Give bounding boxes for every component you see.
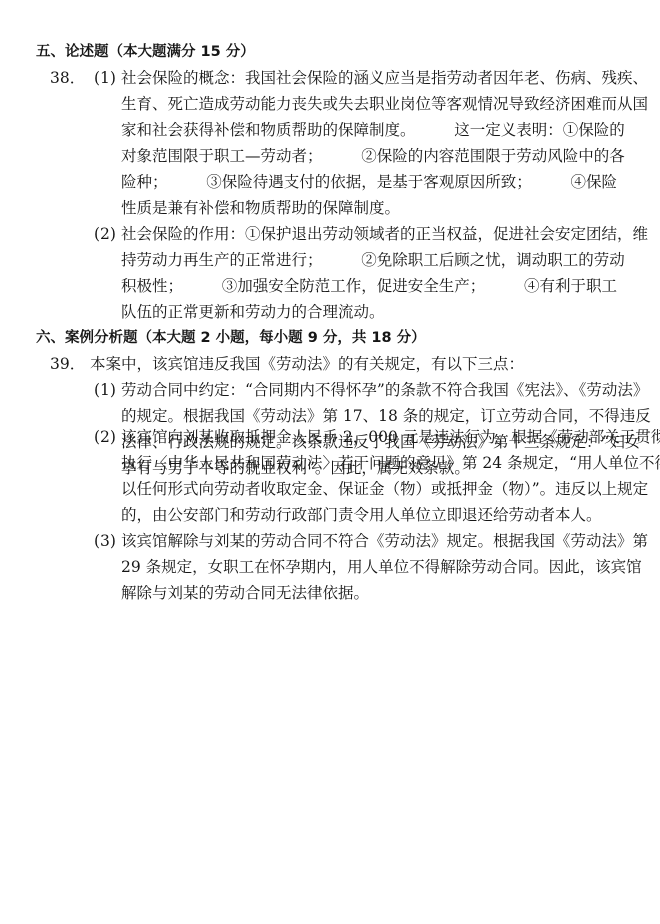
paragraph-line: 险种； ③保险待遇支付的依据，是基于客观原因所致； ④保险 <box>121 172 617 192</box>
paragraph-line: 劳动合同中约定：“合同期内不得怀孕”的条款不符合我国《宪法》、《劳动法》 <box>121 380 617 400</box>
paragraph-line: 对象范围限于职工—劳动者； ②保险的内容范围限于劳动风险中的各 <box>121 146 617 166</box>
paragraph-line: 社会保险的概念：我国社会保险的涵义应当是指劳动者因年老、伤病、残疾、 <box>121 68 617 88</box>
question-number-39: 39． <box>50 354 85 374</box>
paragraph-line: 以任何形式向劳动者收取定金、保证金（物）或抵押金（物）”。违反以上规定 <box>121 479 617 499</box>
paragraph-line: 该宾馆向刘某收取抵押金人民币 2，000 元是违法行为。根据《劳动部关于贯彻 <box>121 427 617 447</box>
section-heading-case-analysis: 六、案例分析题（本大题 2 小题，每小题 9 分，共 18 分） <box>36 328 426 348</box>
paragraph-line: 的，由公安部门和劳动行政部门责令用人单位立即退还给劳动者本人。 <box>121 505 617 525</box>
paragraph-line: 性质是兼有补偿和物质帮助的保障制度。 <box>121 198 617 218</box>
section-heading-essay: 五、论述题（本大题满分 15 分） <box>36 42 255 62</box>
paragraph-line: 积极性； ③加强安全防范工作，促进安全生产； ④有利于职工 <box>121 276 617 296</box>
paragraph-line: 家和社会获得补偿和物质帮助的保障制度。 这一定义表明：①保险的 <box>121 120 617 140</box>
item-label: (2) <box>94 427 116 447</box>
paragraph-line: 生育、死亡造成劳动能力丧失或失去职业岗位等客观情况导致经济困难而从国 <box>121 94 617 114</box>
item-label: (2) <box>94 224 116 244</box>
item-label: (1) <box>94 68 116 88</box>
paragraph-line: 解除与刘某的劳动合同无法律依据。 <box>121 583 617 603</box>
question-intro: 本案中，该宾馆违反我国《劳动法》的有关规定，有以下三点： <box>90 354 524 374</box>
paragraph-line: 该宾馆解除与刘某的劳动合同不符合《劳动法》规定。根据我国《劳动法》第 <box>121 531 617 551</box>
item-label: (1) <box>94 380 116 400</box>
document-page: 五、论述题（本大题满分 15 分） 38． (1) 社会保险的概念：我国社会保险… <box>0 0 660 924</box>
paragraph-line: 持劳动力再生产的正常进行； ②免除职工后顾之忧，调动职工的劳动 <box>121 250 617 270</box>
paragraph-line: 29 条规定，女职工在怀孕期内，用人单位不得解除劳动合同。因此，该宾馆 <box>121 557 617 577</box>
paragraph-line: 的规定。根据我国《劳动法》第 17、18 条的规定，订立劳动合同，不得违反 <box>121 406 617 426</box>
paragraph-line: 执行〈中华人民共和国劳动法〉若干问题的意见》第 24 条规定，“用人单位不得 <box>121 453 617 473</box>
question-number-38: 38． <box>50 68 85 88</box>
paragraph-line: 社会保险的作用：①保护退出劳动领域者的正当权益，促进社会安定团结，维 <box>121 224 617 244</box>
paragraph-line: 队伍的正常更新和劳动力的合理流动。 <box>121 302 617 322</box>
item-label: (3) <box>94 531 116 551</box>
